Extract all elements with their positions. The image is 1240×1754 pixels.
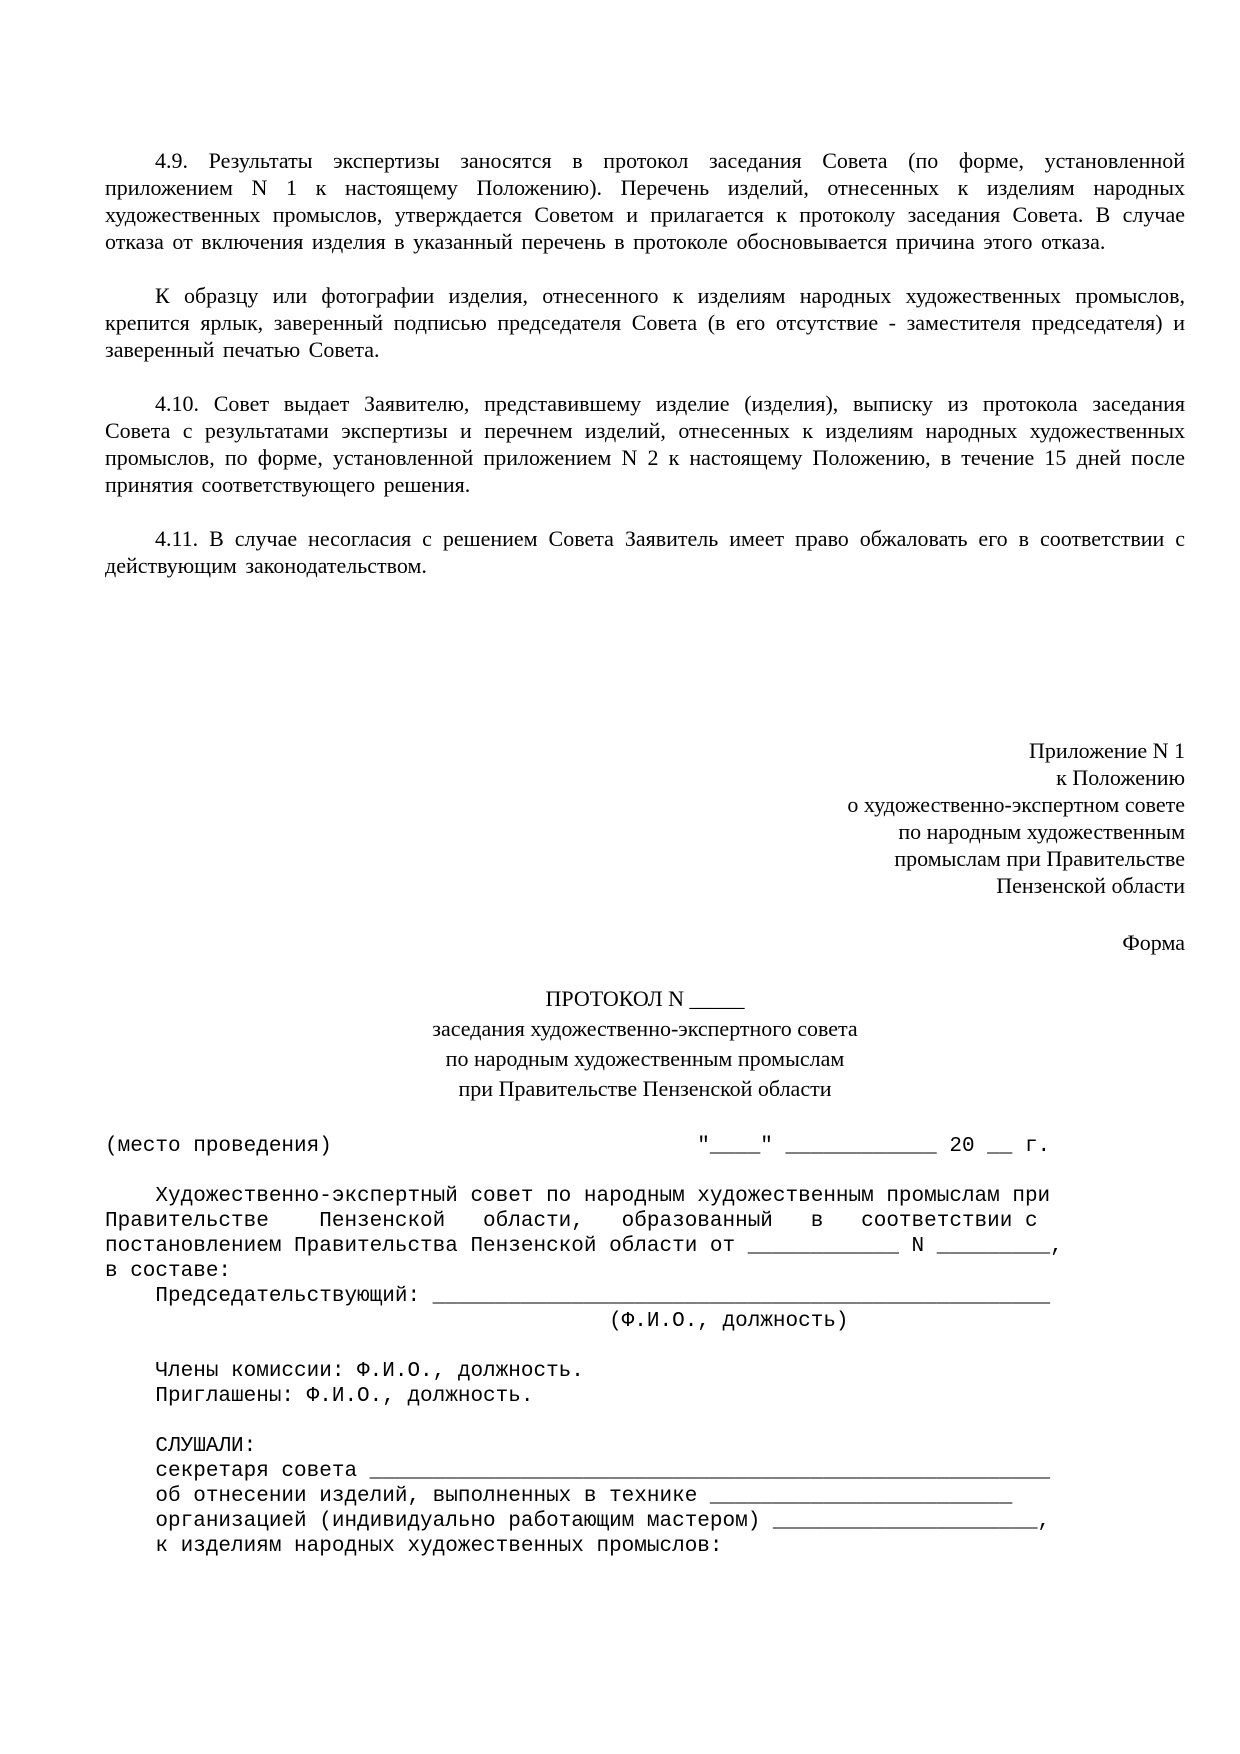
appendix-reference-line: Приложение N 1: [105, 737, 1185, 764]
protocol-heading: ПРОТОКОЛ N _____ заседания художественно…: [105, 984, 1185, 1104]
protocol-form-body: (место проведения) "____" ____________ 2…: [105, 1134, 1185, 1559]
appendix-reference-line: к Положению: [105, 764, 1185, 791]
protocol-heading-line: ПРОТОКОЛ N _____: [105, 984, 1185, 1014]
main-text-section: 4.9. Результаты экспертизы заносятся в п…: [105, 147, 1185, 579]
document-page: 4.9. Результаты экспертизы заносятся в п…: [0, 0, 1240, 1754]
appendix-reference-block: Приложение N 1 к Положению о художествен…: [105, 737, 1185, 899]
appendix-reference-line: Пензенской области: [105, 872, 1185, 899]
paragraph-4-10: 4.10. Совет выдает Заявителю, представив…: [105, 390, 1185, 498]
appendix-reference-line: промыслам при Правительстве: [105, 845, 1185, 872]
protocol-heading-line: заседания художественно-экспертного сове…: [105, 1014, 1185, 1044]
paragraph-4-9: 4.9. Результаты экспертизы заносятся в п…: [105, 147, 1185, 255]
paragraph-4-11: 4.11. В случае несогласия с решением Сов…: [105, 525, 1185, 579]
appendix-reference-line: о художественно-экспертном совете: [105, 791, 1185, 818]
protocol-heading-line: при Правительстве Пензенской области: [105, 1074, 1185, 1104]
appendix-reference-line: по народным художественным: [105, 818, 1185, 845]
protocol-heading-line: по народным художественным промыслам: [105, 1044, 1185, 1074]
paragraph-label-requirement: К образцу или фотографии изделия, отнесе…: [105, 282, 1185, 363]
form-type-label: Форма: [105, 929, 1185, 956]
